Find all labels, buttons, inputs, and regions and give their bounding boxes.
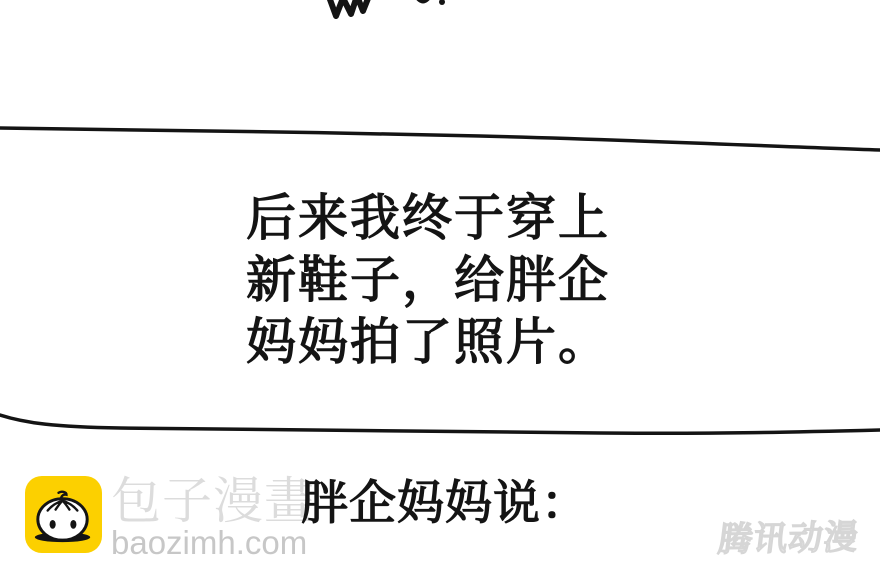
narration-line: 新鞋子，给胖企 <box>246 249 610 311</box>
panel-top-border <box>0 128 880 150</box>
baozi-bun-icon <box>25 476 102 553</box>
tencent-anime-watermark: 腾讯动漫 <box>716 519 861 559</box>
scribble-decoration-left <box>328 0 369 16</box>
panel-bottom-border <box>0 415 880 433</box>
narration-text: 后来我终于穿上 新鞋子，给胖企 妈妈拍了照片。 <box>246 187 610 373</box>
scribble-decoration-right <box>414 0 432 4</box>
comic-page: 后来我终于穿上 新鞋子，给胖企 妈妈拍了照片。 包子漫畫 baozimh.com… <box>0 0 880 582</box>
narration-line: 后来我终于穿上 <box>246 187 610 249</box>
scribble-dot <box>439 0 445 5</box>
caption-text: 胖企妈妈说： <box>301 479 589 527</box>
narration-line: 妈妈拍了照片。 <box>246 311 610 373</box>
baozimh-site-name: 包子漫畫 <box>111 476 315 526</box>
baozimh-site-url: baozimh.com <box>111 528 315 558</box>
baozimh-watermark: 包子漫畫 baozimh.com <box>25 476 315 558</box>
baozimh-watermark-text: 包子漫畫 baozimh.com <box>111 476 315 558</box>
